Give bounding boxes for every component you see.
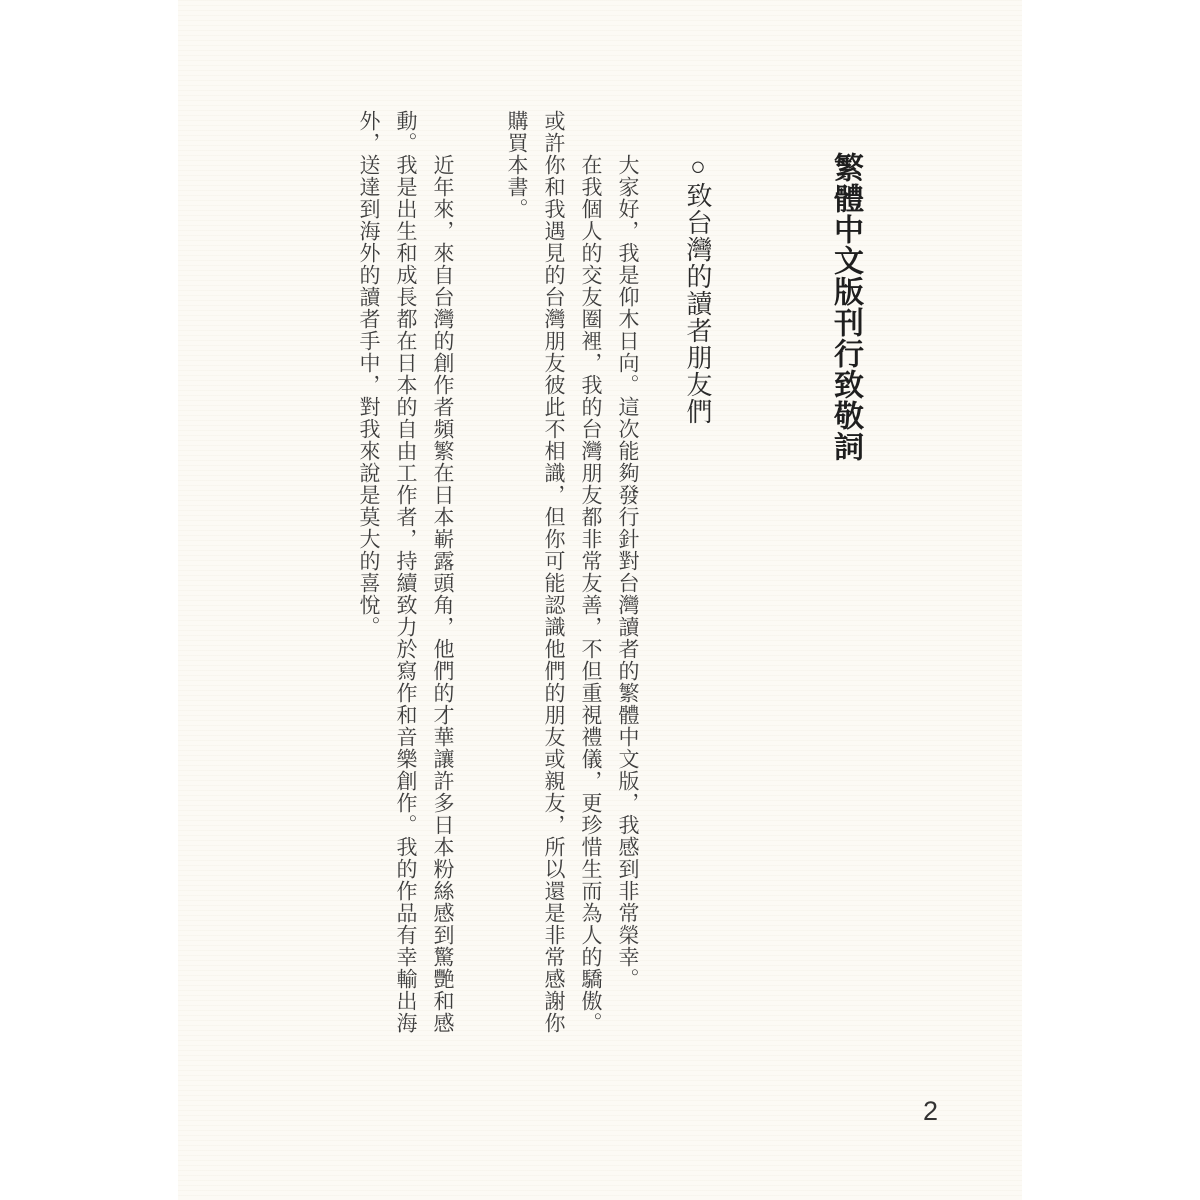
body-paragraph: 在我個人的交友圈裡，我的台灣朋友都非常友善，不但重視禮儀，更珍惜生而為人的驕傲。… xyxy=(498,110,609,1042)
page-title: 繁體中文版刊行致敬詞 xyxy=(826,152,864,462)
scan-background: 繁體中文版刊行致敬詞 ○致台灣的讀者朋友們 大家好，我是仰木日向。這次能夠發行針… xyxy=(0,0,1200,1200)
book-page: 繁體中文版刊行致敬詞 ○致台灣的讀者朋友們 大家好，我是仰木日向。這次能夠發行針… xyxy=(178,0,1022,1200)
body-text: 大家好，我是仰木日向。這次能夠發行針對台灣讀者的繁體中文版，我感到非常榮幸。 在… xyxy=(304,110,646,1042)
body-paragraph: 大家好，我是仰木日向。這次能夠發行針對台灣讀者的繁體中文版，我感到非常榮幸。 xyxy=(609,110,646,1042)
page-number: 2 xyxy=(923,1096,938,1127)
body-paragraph: 近年來，來自台灣的創作者頻繁在日本嶄露頭角，他們的才華讓許多日本粉絲感到驚艷和感… xyxy=(350,110,461,1042)
section-heading: ○致台灣的讀者朋友們 xyxy=(682,151,714,425)
